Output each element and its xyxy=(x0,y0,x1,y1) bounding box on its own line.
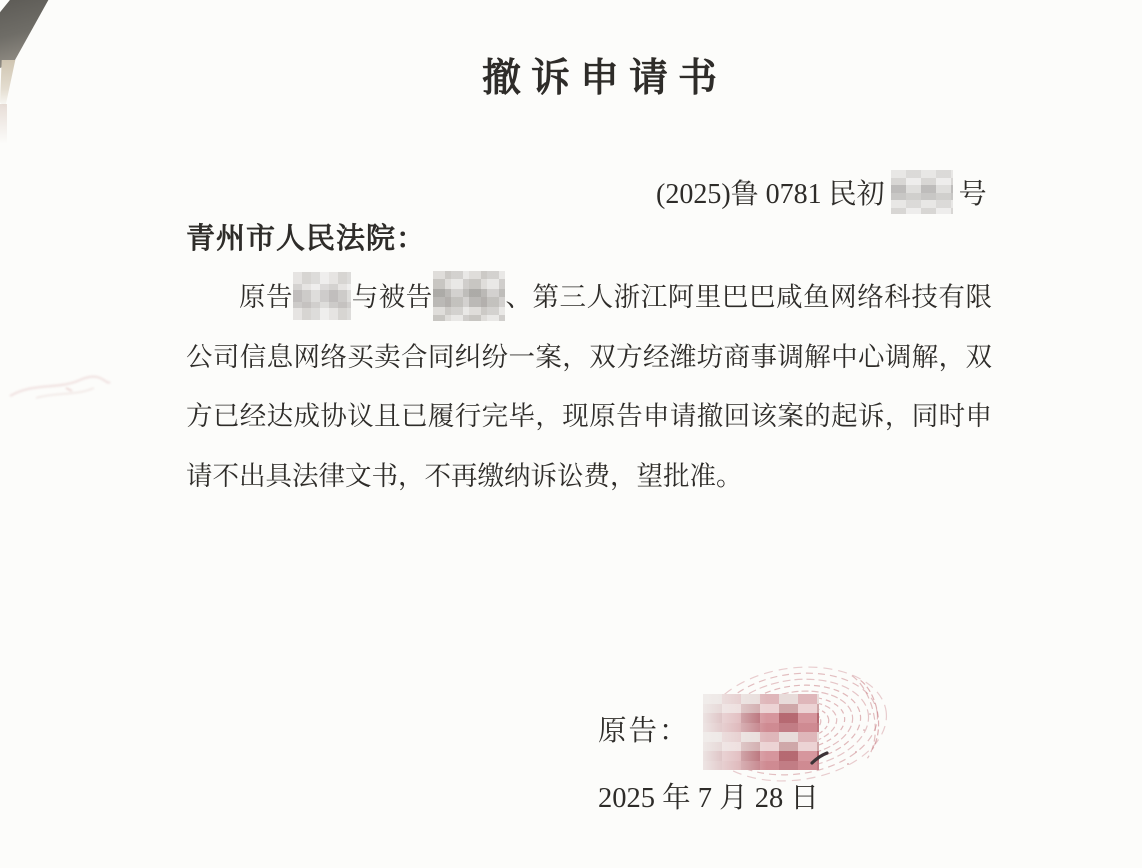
redaction-signature-name xyxy=(703,694,819,770)
paper-edge-fade xyxy=(0,104,7,144)
body-line: 公司信息网络买卖合同纠纷一案，双方经潍坊商事调解中心调解，双 xyxy=(186,328,992,388)
ink-smudge xyxy=(6,368,116,412)
body-text: 、第三人浙江阿里巴巴咸鱼网络科技有限 xyxy=(505,282,992,312)
signature-label: 原告： xyxy=(598,708,690,749)
redaction-plaintiff-name xyxy=(293,272,351,320)
case-number-prefix: (2025)鲁 0781 民初 xyxy=(656,172,885,212)
body-text: 请不出具法律文书，不再缴纳诉讼费，望批准。 xyxy=(186,461,743,491)
paper-edge xyxy=(0,60,17,108)
document-title: 撤诉申请书 xyxy=(482,58,727,101)
pen-mark xyxy=(810,750,830,766)
redaction-case-number xyxy=(891,170,953,214)
body-line: 原告与被告、第三人浙江阿里巴巴咸鱼网络科技有限 xyxy=(186,268,992,328)
body-paragraph: 原告与被告、第三人浙江阿里巴巴咸鱼网络科技有限公司信息网络买卖合同纠纷一案，双方… xyxy=(186,268,992,506)
body-text: 原告 xyxy=(239,282,293,312)
body-line: 请不出具法律文书，不再缴纳诉讼费，望批准。 xyxy=(186,447,992,507)
redaction-defendant-name xyxy=(433,271,505,321)
body-text: 公司信息网络买卖合同纠纷一案，双方经潍坊商事调解中心调解，双 xyxy=(186,342,992,372)
photo-corner-shadow xyxy=(0,0,62,68)
recipient-court: 青州市人民法院： xyxy=(186,216,426,257)
body-line: 方已经达成协议且已履行完毕，现原告申请撤回该案的起诉，同时申 xyxy=(186,387,992,447)
body-text: 方已经达成协议且已履行完毕，现原告申请撤回该案的起诉，同时申 xyxy=(186,401,992,431)
case-number-line: (2025)鲁 0781 民初 号 xyxy=(656,170,987,214)
case-number-suffix: 号 xyxy=(959,172,987,212)
date-line: 2025 年 7 月 28 日 xyxy=(598,775,819,816)
body-text: 与被告 xyxy=(351,282,433,312)
